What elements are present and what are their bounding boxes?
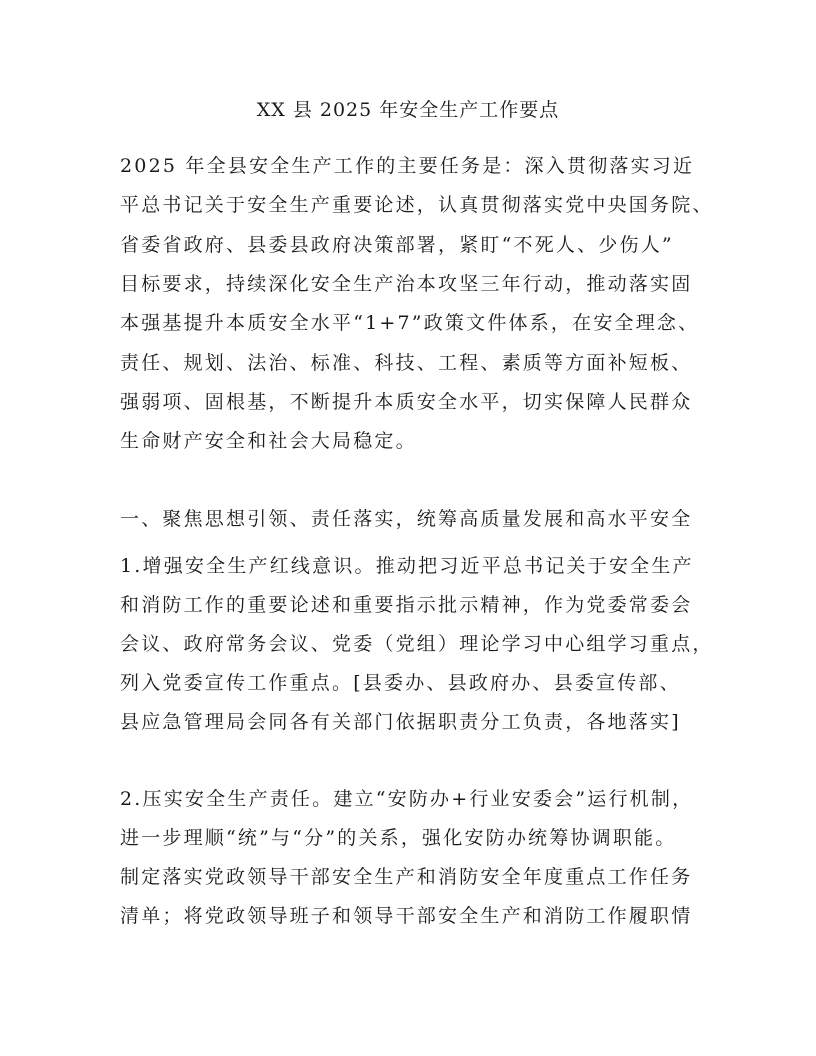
text-line: 列入党委宣传工作重点。[县委办、县政府办、县委宣传部、: [120, 669, 720, 697]
text-line: 省委省政府、县委县政府决策部署，紧盯“不死人、少伤人”: [120, 231, 720, 259]
text-line: 会议、政府常务会议、党委（党组）理论学习中心组学习重点，: [120, 630, 720, 658]
document-page: XX 县 2025 年安全生产工作要点 2025 年全县安全生产工作的主要任务是…: [0, 0, 816, 1056]
text-line: 进一步理顺“统”与“分”的关系，强化安防办统筹协调职能。: [120, 824, 720, 852]
text-line: 2.压实安全生产责任。建立“安防办+行业安委会”运行机制，: [120, 785, 720, 813]
text-line: 本强基提升本质安全水平“1+7”政策文件体系，在安全理念、: [120, 309, 720, 337]
text-line: 目标要求，持续深化安全生产治本攻坚三年行动，推动落实固: [120, 270, 720, 298]
text-line: 和消防工作的重要论述和重要指示批示精神，作为党委常委会: [120, 591, 720, 619]
text-line: 清单；将党政领导班子和领导干部安全生产和消防工作履职情: [120, 902, 720, 930]
section-heading: 一、聚焦思想引领、责任落实，统筹高质量发展和高水平安全: [120, 505, 720, 533]
document-title: XX 县 2025 年安全生产工作要点: [0, 96, 816, 124]
text-line: 1.增强安全生产红线意识。推动把习近平总书记关于安全生产: [120, 552, 720, 580]
text-line: 生命财产安全和社会大局稳定。: [120, 427, 720, 455]
text-line: 制定落实党政领导干部安全生产和消防安全年度重点工作任务: [120, 863, 720, 891]
text-line: 县应急管理局会同各有关部门依据职责分工负责，各地落实]: [120, 708, 720, 736]
text-line: 2025 年全县安全生产工作的主要任务是：深入贯彻落实习近: [120, 152, 720, 180]
text-line: 平总书记关于安全生产重要论述，认真贯彻落实党中央国务院、: [120, 191, 720, 219]
text-line: 强弱项、固根基，不断提升本质安全水平，切实保障人民群众: [120, 388, 720, 416]
text-line: 责任、规划、法治、标准、科技、工程、素质等方面补短板、: [120, 349, 720, 377]
